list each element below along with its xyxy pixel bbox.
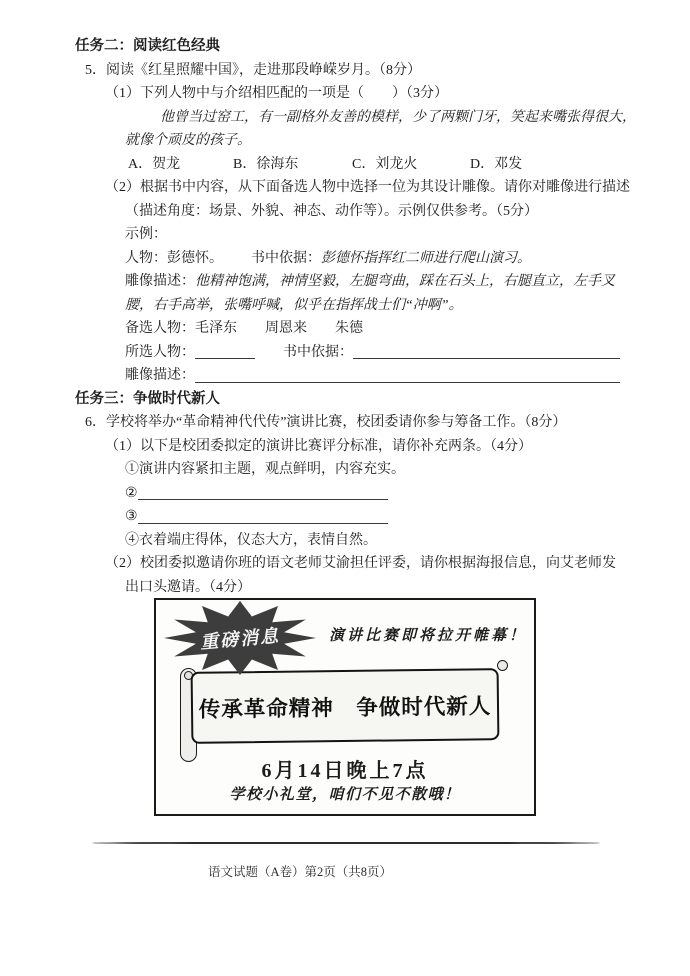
- example-desc-label: 雕像描述：: [125, 274, 195, 289]
- example-desc-line2: 腰，右手高举，张嘴呼喊，似乎在指挥战士们“冲啊”。: [75, 294, 620, 318]
- statue-desc-label: 雕像描述：: [125, 364, 195, 388]
- question-6-1-prompt: （1）以下是校团委拟定的演讲比赛评分标准，请你补充两条。（4分）: [75, 435, 620, 459]
- poster-datetime: 6月14日晚上7点: [156, 754, 534, 783]
- criteria-4: ④衣着端庄得体，仪态大方，表情自然。: [75, 529, 620, 553]
- banner-slogan: 传承革命精神 争做时代新人: [199, 689, 492, 724]
- quote-line-1: 他曾当过窑工，有一副格外友善的模样，少了两颗门牙，笑起来嘴张得很大，: [75, 106, 620, 130]
- example-basis: 彭德怀指挥红二师进行爬山演习。: [321, 251, 531, 266]
- example-person-row: 人物：彭德怀。书中依据：彭德怀指挥红二师进行爬山演习。: [75, 247, 620, 271]
- basis-label: 书中依据：: [283, 341, 353, 365]
- option-d: D．邓发: [470, 157, 522, 172]
- question-6-stem: 6．学校将举办“革命精神代代传”演讲比赛，校团委请你参与筹备工作。（8分）: [75, 411, 620, 435]
- poster-headline: 演讲比赛即将拉开帷幕！: [328, 624, 528, 645]
- example-basis-label: 书中依据：: [251, 251, 321, 266]
- example-label: 示例：: [75, 223, 620, 247]
- criteria-3-number: ③: [125, 505, 138, 529]
- selected-person-blank: [195, 357, 255, 359]
- criteria-2-number: ②: [125, 482, 138, 506]
- criteria-2-blank: [138, 498, 388, 500]
- scroll-banner: 传承革命精神 争做时代新人: [180, 660, 506, 760]
- task3-heading: 任务三：争做时代新人: [75, 388, 620, 412]
- task2-heading: 任务二：阅读红色经典: [75, 35, 620, 59]
- criteria-2-row: ②: [75, 482, 620, 506]
- question-5-2-line1: （2）根据书中内容，从下面备选人物中选择一位为其设计雕像。请你对雕像进行描述: [75, 176, 620, 200]
- quote-line-2: 就像个顽皮的孩子。: [75, 129, 620, 153]
- candidates-row: 备选人物：毛泽东 周恩来 朱德: [75, 317, 620, 341]
- exam-content: 任务二：阅读红色经典 5．阅读《红星照耀中国》，走进那段峥嵘岁月。（8分） （1…: [75, 35, 620, 599]
- criteria-1: ①演讲内容紧扣主题，观点鲜明，内容充实。: [75, 458, 620, 482]
- options-row: A．贺龙B．徐海东C．刘龙火D．邓发: [75, 153, 620, 177]
- scroll-curl-icon: [497, 660, 508, 671]
- question-6-2-line1: （2）校团委拟邀请你班的语文老师艾渝担任评委，请你根据海报信息，向艾老师发: [75, 552, 620, 576]
- selected-person-row: 所选人物：书中依据：: [75, 341, 620, 365]
- criteria-3-blank: [138, 522, 388, 524]
- speech-contest-poster: 重磅消息 演讲比赛即将拉开帷幕！ 传承革命精神 争做时代新人 6月14日晚上7点…: [154, 598, 536, 816]
- footer-rule: [92, 842, 600, 844]
- statue-desc-row: 雕像描述：: [75, 364, 620, 388]
- question-5-1-prompt: （1）下列人物中与介绍相匹配的一项是（ ）（3分）: [75, 82, 620, 106]
- burst-text: 重磅消息: [199, 622, 281, 655]
- poster-venue: 学校小礼堂，咱们不见不散哦！: [156, 783, 534, 804]
- selected-person-label: 所选人物：: [125, 341, 195, 365]
- statue-desc-blank: [195, 381, 620, 383]
- example-person: 人物：彭德怀。: [125, 251, 223, 266]
- option-b: B．徐海东: [233, 153, 352, 177]
- question-5-stem: 5．阅读《红星照耀中国》，走进那段峥嵘岁月。（8分）: [75, 59, 620, 83]
- basis-blank: [353, 357, 620, 359]
- question-6-2-line2: 出口头邀请。（4分）: [75, 576, 620, 600]
- question-5-2-line2: （描述角度：场景、外貌、神态、动作等）。示例仅供参考。（5分）: [75, 200, 620, 224]
- option-c: C．刘龙火: [352, 153, 470, 177]
- option-a: A．贺龙: [128, 153, 233, 177]
- example-desc-text1: 他精神饱满，神情坚毅，左腿弯曲，踩在石头上，右腿直立，左手叉: [195, 274, 615, 289]
- example-desc-line1: 雕像描述：他精神饱满，神情坚毅，左腿弯曲，踩在石头上，右腿直立，左手叉: [75, 270, 620, 294]
- exam-page: 任务二：阅读红色经典 5．阅读《红星照耀中国》，走进那段峥嵘岁月。（8分） （1…: [0, 0, 690, 976]
- banner-body: 传承革命精神 争做时代新人: [191, 668, 500, 744]
- page-footer: 语文试题（A卷）第2页（共8页）: [0, 862, 600, 880]
- criteria-3-row: ③: [75, 505, 620, 529]
